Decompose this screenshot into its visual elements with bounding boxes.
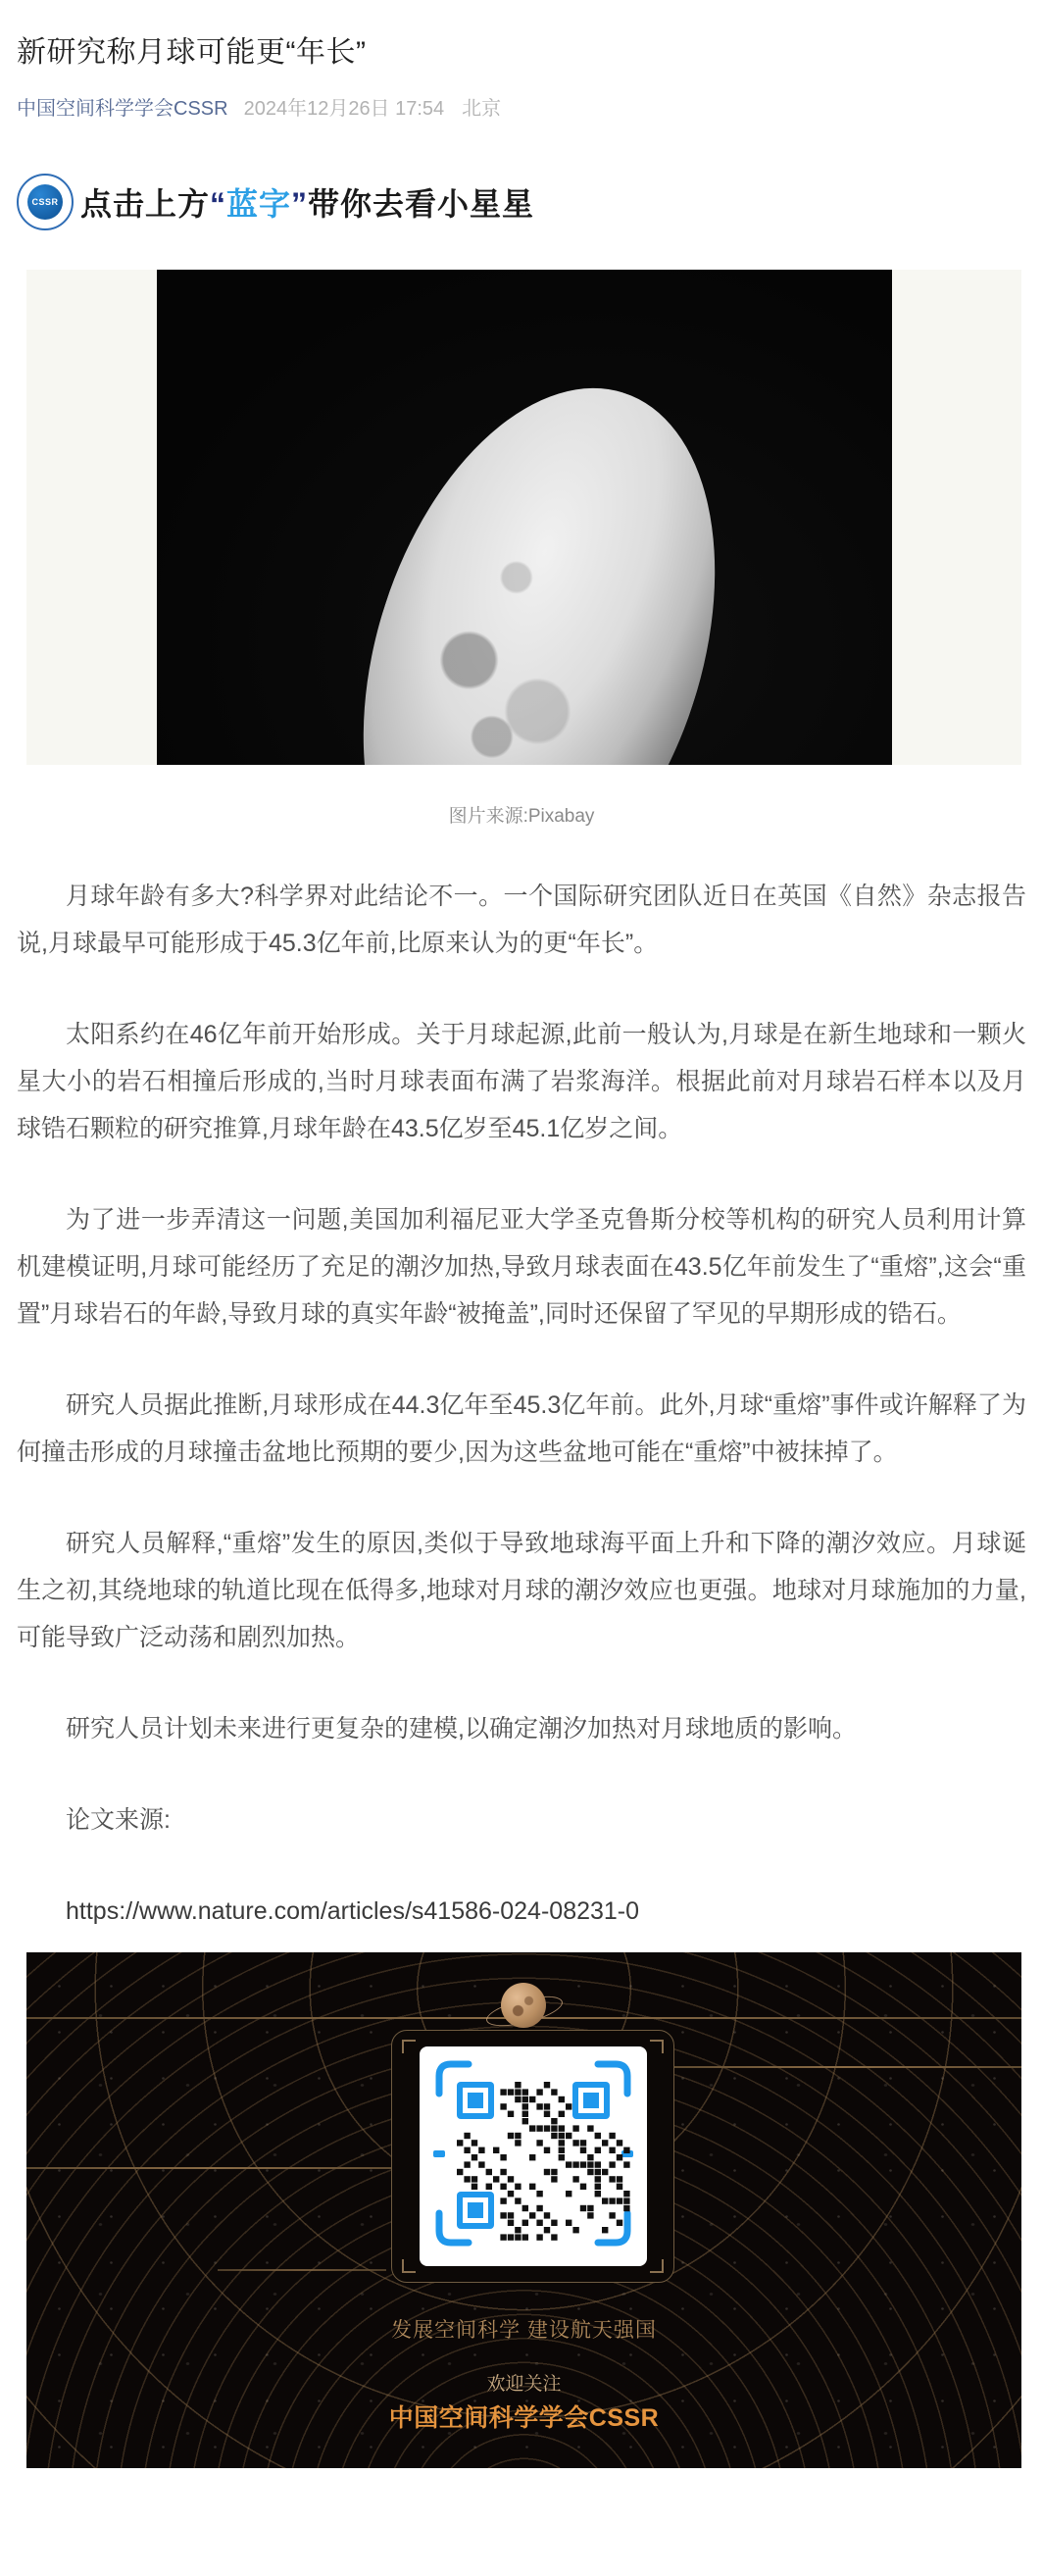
publish-location: 北京: [462, 98, 501, 120]
footer-decor-line: [669, 2066, 1021, 2068]
account-name-link[interactable]: 中国空间科学学会CSSR: [17, 98, 228, 120]
moon-figure: [26, 270, 1021, 765]
paper-source-label: 论文来源:: [17, 1796, 1026, 1844]
article-paragraph: 为了进一步弄清这一问题,美国加利福尼亚大学圣克鲁斯分校等机构的研究人员利用计算机…: [17, 1196, 1026, 1338]
moon-photo[interactable]: [157, 270, 892, 765]
qr-panel: [420, 2046, 647, 2266]
footer-follow-text: 欢迎关注: [26, 2372, 1021, 2398]
cssr-logo-text: CSSR: [27, 184, 63, 220]
footer-slogan: 发展空间科学 建设航天强国: [26, 2317, 1021, 2345]
qr-code[interactable]: [433, 2058, 633, 2254]
article-paragraph: 研究人员解释,“重熔”发生的原因,类似于导致地球海平面上升和下降的潮汐效应。月球…: [17, 1520, 1026, 1661]
footer-decor-line: [218, 2269, 386, 2271]
frame-corner-mark: [650, 2040, 664, 2053]
byline: 中国空间科学学会CSSR2024年12月26日 17:54北京: [17, 96, 1026, 122]
frame-corner-mark: [650, 2259, 664, 2273]
frame-corner-mark: [402, 2040, 416, 2053]
publish-date: 2024年12月26日 17:54: [244, 98, 445, 120]
banner-highlight: 蓝字: [226, 186, 291, 222]
article-title: 新研究称月球可能更“年长”: [17, 32, 1026, 74]
banner-text: 点击上方“蓝字”带你去看小星星: [80, 179, 534, 225]
frame-corner-mark: [402, 2259, 416, 2273]
footer-image[interactable]: 发展空间科学 建设航天强国 欢迎关注 中国空间科学学会CSSR: [26, 1952, 1021, 2468]
article-page: 新研究称月球可能更“年长” 中国空间科学学会CSSR2024年12月26日 17…: [0, 32, 1043, 2482]
cssr-logo-icon: CSSR: [17, 174, 74, 230]
article-paragraph: 研究人员计划未来进行更复杂的建模,以确定潮汐加热对月球地质的影响。: [17, 1705, 1026, 1752]
footer-decor-line: [26, 2167, 399, 2169]
page-bottom-space: [17, 2468, 1026, 2482]
banner-quote-close: ”: [291, 186, 308, 222]
planet-icon: [501, 1983, 546, 2028]
qr-frame: [391, 2030, 674, 2283]
footer-account-name: 中国空间科学学会CSSR: [26, 2401, 1021, 2435]
banner-quote-open: “: [210, 186, 226, 222]
article-body: 月球年龄有多大?科学界对此结论不一。一个国际研究团队近日在英国《自然》杂志报告说…: [17, 873, 1026, 1752]
article-paragraph: 太阳系约在46亿年前开始形成。关于月球起源,此前一般认为,月球是在新生地球和一颗…: [17, 1011, 1026, 1152]
figure-caption: 图片来源:Pixabay: [17, 804, 1026, 830]
moon-image: [300, 343, 777, 765]
paper-source-url: https://www.nature.com/articles/s41586-0…: [17, 1888, 1026, 1935]
header-banner-image[interactable]: CSSR 点击上方“蓝字”带你去看小星星: [17, 174, 1026, 230]
article-paragraph: 月球年龄有多大?科学界对此结论不一。一个国际研究团队近日在英国《自然》杂志报告说…: [17, 873, 1026, 967]
article-paragraph: 研究人员据此推断,月球形成在44.3亿年至45.3亿年前。此外,月球“重熔”事件…: [17, 1382, 1026, 1476]
